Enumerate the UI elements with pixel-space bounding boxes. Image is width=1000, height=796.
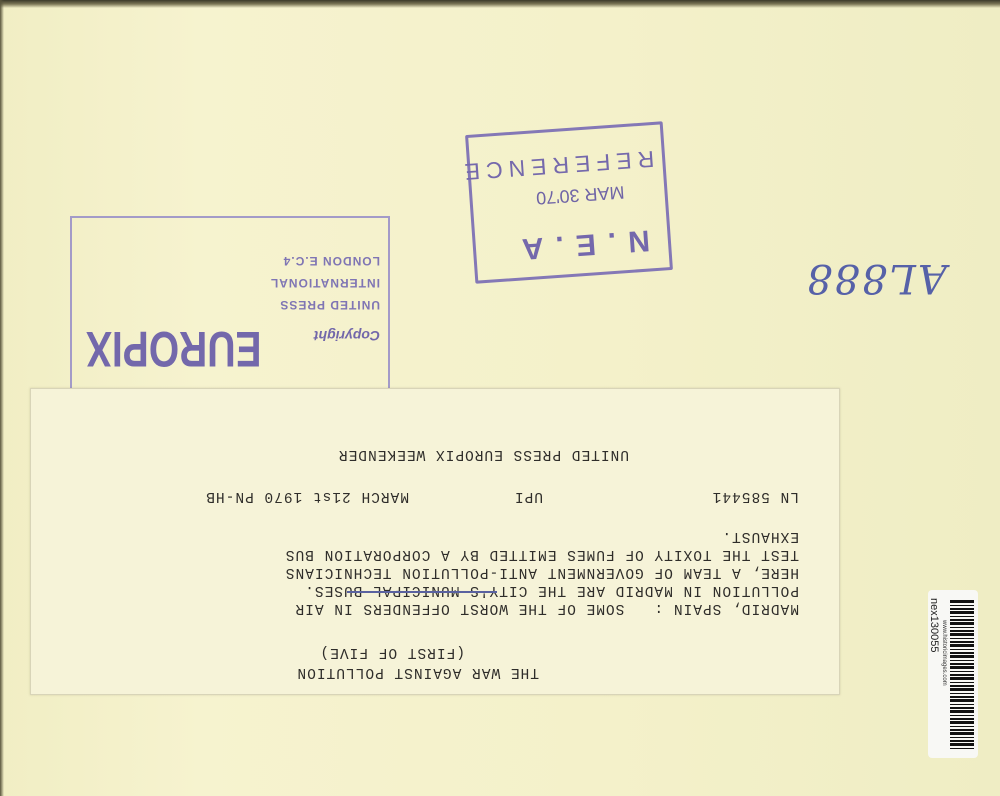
stamp-europix-brand: EUROPIX [86, 320, 262, 378]
caption-agency: UPI [514, 488, 543, 504]
stamp-line-london: LONDON E.C.4 [283, 254, 380, 268]
stamp-copyright: Copyright [314, 328, 380, 344]
caption-body-line-3: HERE, A TEAM OF GOVERNMENT ANTI-POLLUTIO… [285, 564, 799, 580]
nea-reference-stamp: N.E.A MAR 30'70 REFERENCE [465, 121, 673, 283]
caption-body-line-5: EXHAUST. [721, 528, 799, 544]
caption-body-line-4: TEST THE TOXITY OF FUMES EMITTED BY A CO… [285, 546, 799, 562]
caption-ref-number: LN 585441 [712, 488, 799, 504]
typed-caption-slip: THE WAR AGAINST POLLUTION (FIRST OF FIVE… [30, 388, 840, 695]
caption-body-line-2: POLLUTION IN MADRID ARE THE CITY'S MUNIC… [304, 582, 799, 598]
barcode-bars [950, 600, 974, 750]
caption-body-line-1: MADRID, SPAIN : SOME OF THE WORST OFFEND… [295, 600, 799, 616]
stamp-line-united-press: UNITED PRESS [279, 298, 380, 312]
stamp-date: MAR 30'70 [535, 181, 625, 208]
caption-subtitle: (FIRST OF FIVE) [319, 644, 465, 660]
barcode-label: nex130055 www.historicimages.com [928, 590, 978, 758]
handwritten-inventory-number: AL888 [805, 255, 947, 301]
handwritten-underline [347, 591, 497, 593]
caption-title: THE WAR AGAINST POLLUTION [296, 664, 539, 680]
photo-top-edge [0, 0, 1000, 8]
europix-copyright-stamp: Copyright UNITED PRESS INTERNATIONAL LON… [70, 216, 390, 388]
barcode-site: www.historicimages.com [941, 620, 947, 686]
caption-header: UNITED PRESS EUROPIX WEEKENDER [338, 446, 629, 462]
stamp-line-international: INTERNATIONAL [270, 276, 380, 290]
photo-left-edge [0, 0, 4, 796]
caption-dateline: MARCH 21st 1970 PN-HB [205, 488, 409, 504]
stamp-agency: N.E.A [509, 222, 651, 266]
stamp-reference-label: REFERENCE [458, 145, 655, 186]
